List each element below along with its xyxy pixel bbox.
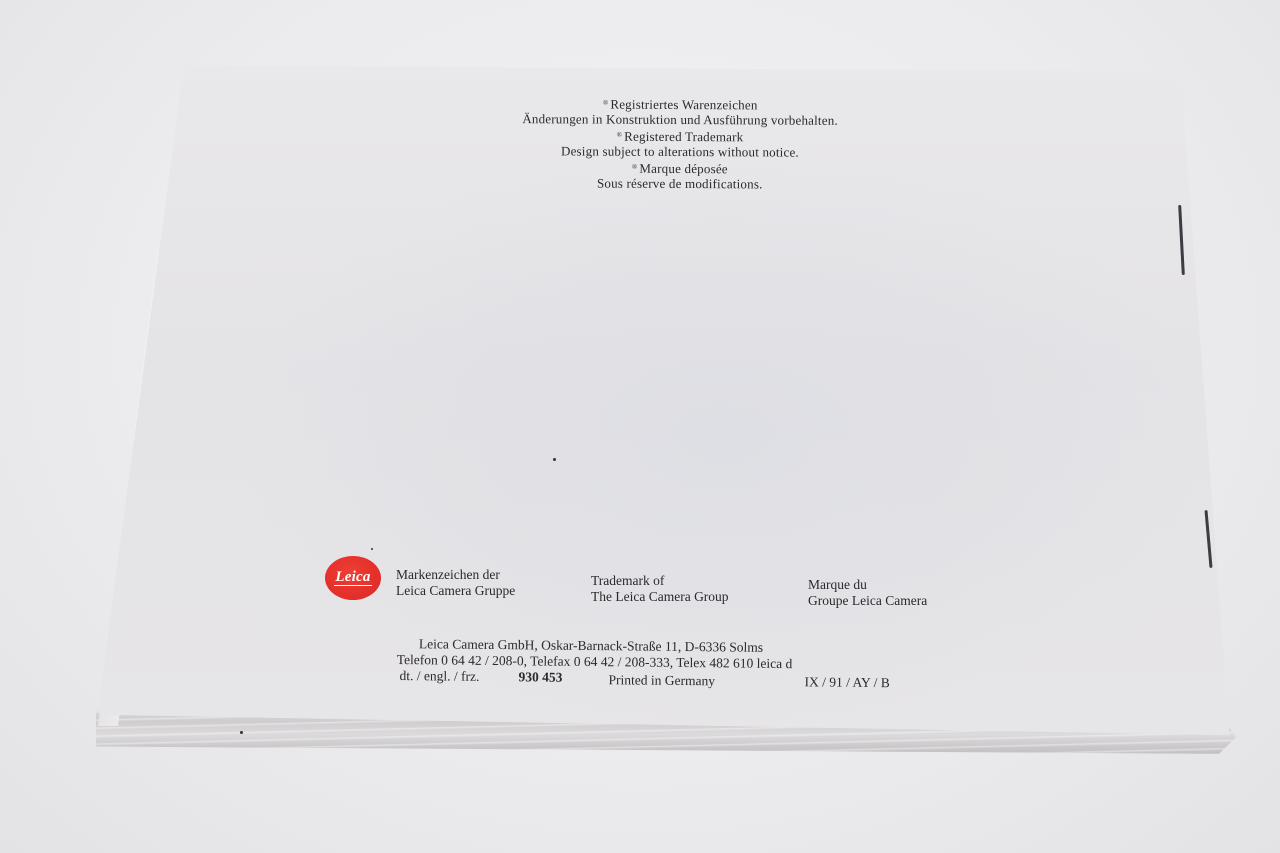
registered-mark: ® — [603, 99, 609, 107]
photo-scene: ®Registriertes Warenzeichen Änderungen i… — [0, 0, 1280, 853]
registered-mark: ® — [632, 162, 638, 170]
notice-text: Änderungen in Konstruktion und Ausführun… — [522, 112, 838, 129]
printed-in-label: Printed in Germany — [608, 672, 715, 689]
dust-speck — [553, 458, 556, 461]
leica-logo-text: Leica — [334, 570, 371, 586]
registered-mark: ® — [617, 130, 623, 138]
trademark-line: Marque du — [808, 577, 927, 593]
leica-logo: Leica — [325, 556, 381, 600]
trademark-line: Markenzeichen der — [396, 567, 515, 583]
notice-text: Registriertes Warenzeichen — [610, 97, 757, 113]
trademark-english: Trademark of The Leica Camera Group — [591, 573, 729, 605]
trademark-line: Groupe Leica Camera — [808, 593, 927, 609]
trademark-french: Marque du Groupe Leica Camera — [808, 577, 927, 609]
trademark-line: Trademark of — [591, 573, 729, 589]
notice-line: Sous réserve de modifications. — [440, 175, 920, 193]
dust-speck — [240, 731, 243, 734]
languages-label: dt. / engl. / frz. — [399, 668, 479, 685]
trademark-line: The Leica Camera Group — [591, 589, 729, 605]
trademark-line: Leica Camera Gruppe — [396, 583, 515, 599]
notice-text: Registered Trademark — [624, 129, 743, 145]
company-address: Leica Camera GmbH, Oskar-Barnack-Straße … — [396, 636, 936, 690]
trademark-german: Markenzeichen der Leica Camera Gruppe — [396, 567, 515, 599]
trademark-notice: ®Registriertes Warenzeichen Änderungen i… — [440, 95, 920, 193]
edition-code: IX / 91 / AY / B — [804, 674, 889, 691]
dust-speck — [371, 548, 373, 550]
notice-text: Sous réserve de modifications. — [597, 176, 763, 192]
notice-text: Marque déposée — [639, 160, 727, 175]
order-code: 930 453 — [518, 669, 562, 685]
notice-text: Design subject to alterations without no… — [561, 144, 799, 160]
